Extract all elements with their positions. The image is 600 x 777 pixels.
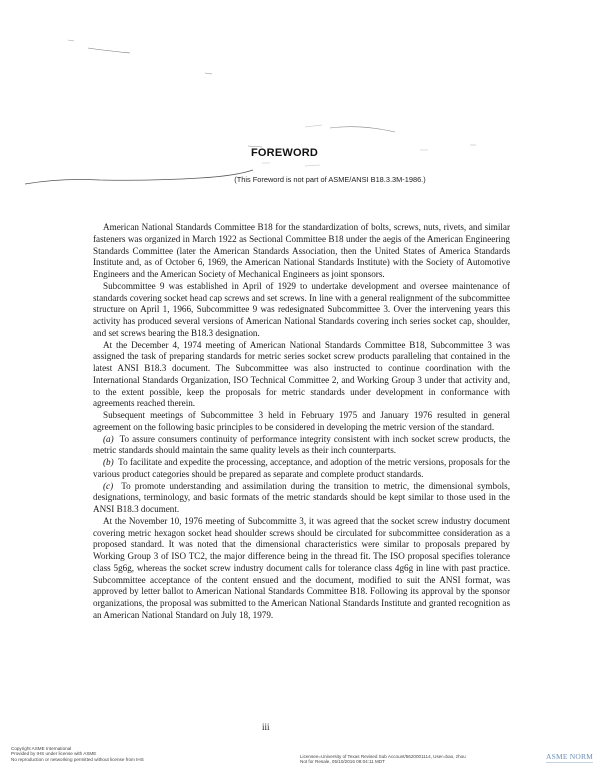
paragraph: Subsequent meetings of Subcommittee 3 he… xyxy=(93,410,510,434)
paragraph: At the November 10, 1976 meeting of Subc… xyxy=(93,516,510,622)
item-label: (c) xyxy=(103,481,113,491)
license-footer: Licensee=University of Texas Revised Sub… xyxy=(300,754,466,765)
paragraph: American National Standards Committee B1… xyxy=(93,222,510,281)
principle-b: (b) To facilitate and expedite the proce… xyxy=(93,457,510,481)
item-label: (a) xyxy=(103,434,114,444)
logo-underline xyxy=(546,762,593,765)
asme-norm-logo: ASME NORM xyxy=(546,752,593,765)
foreword-body: American National Standards Committee B1… xyxy=(93,222,510,622)
scan-artifact-marks xyxy=(0,0,600,200)
foreword-note: (This Foreword is not part of ASME/ANSI … xyxy=(0,175,600,184)
principle-c: (c) To promote understanding and assimil… xyxy=(93,481,510,516)
paragraph: At the December 4, 1974 meeting of Ameri… xyxy=(93,340,510,411)
page-number: iii xyxy=(262,722,270,732)
principle-a: (a) To assure consumers continuity of pe… xyxy=(93,434,510,458)
page-title: FOREWORD xyxy=(251,147,318,159)
paragraph: Subcommittee 9 was established in April … xyxy=(93,281,510,340)
item-label: (b) xyxy=(103,457,114,467)
copyright-footer: Copyright ASME International Provided by… xyxy=(11,746,144,762)
